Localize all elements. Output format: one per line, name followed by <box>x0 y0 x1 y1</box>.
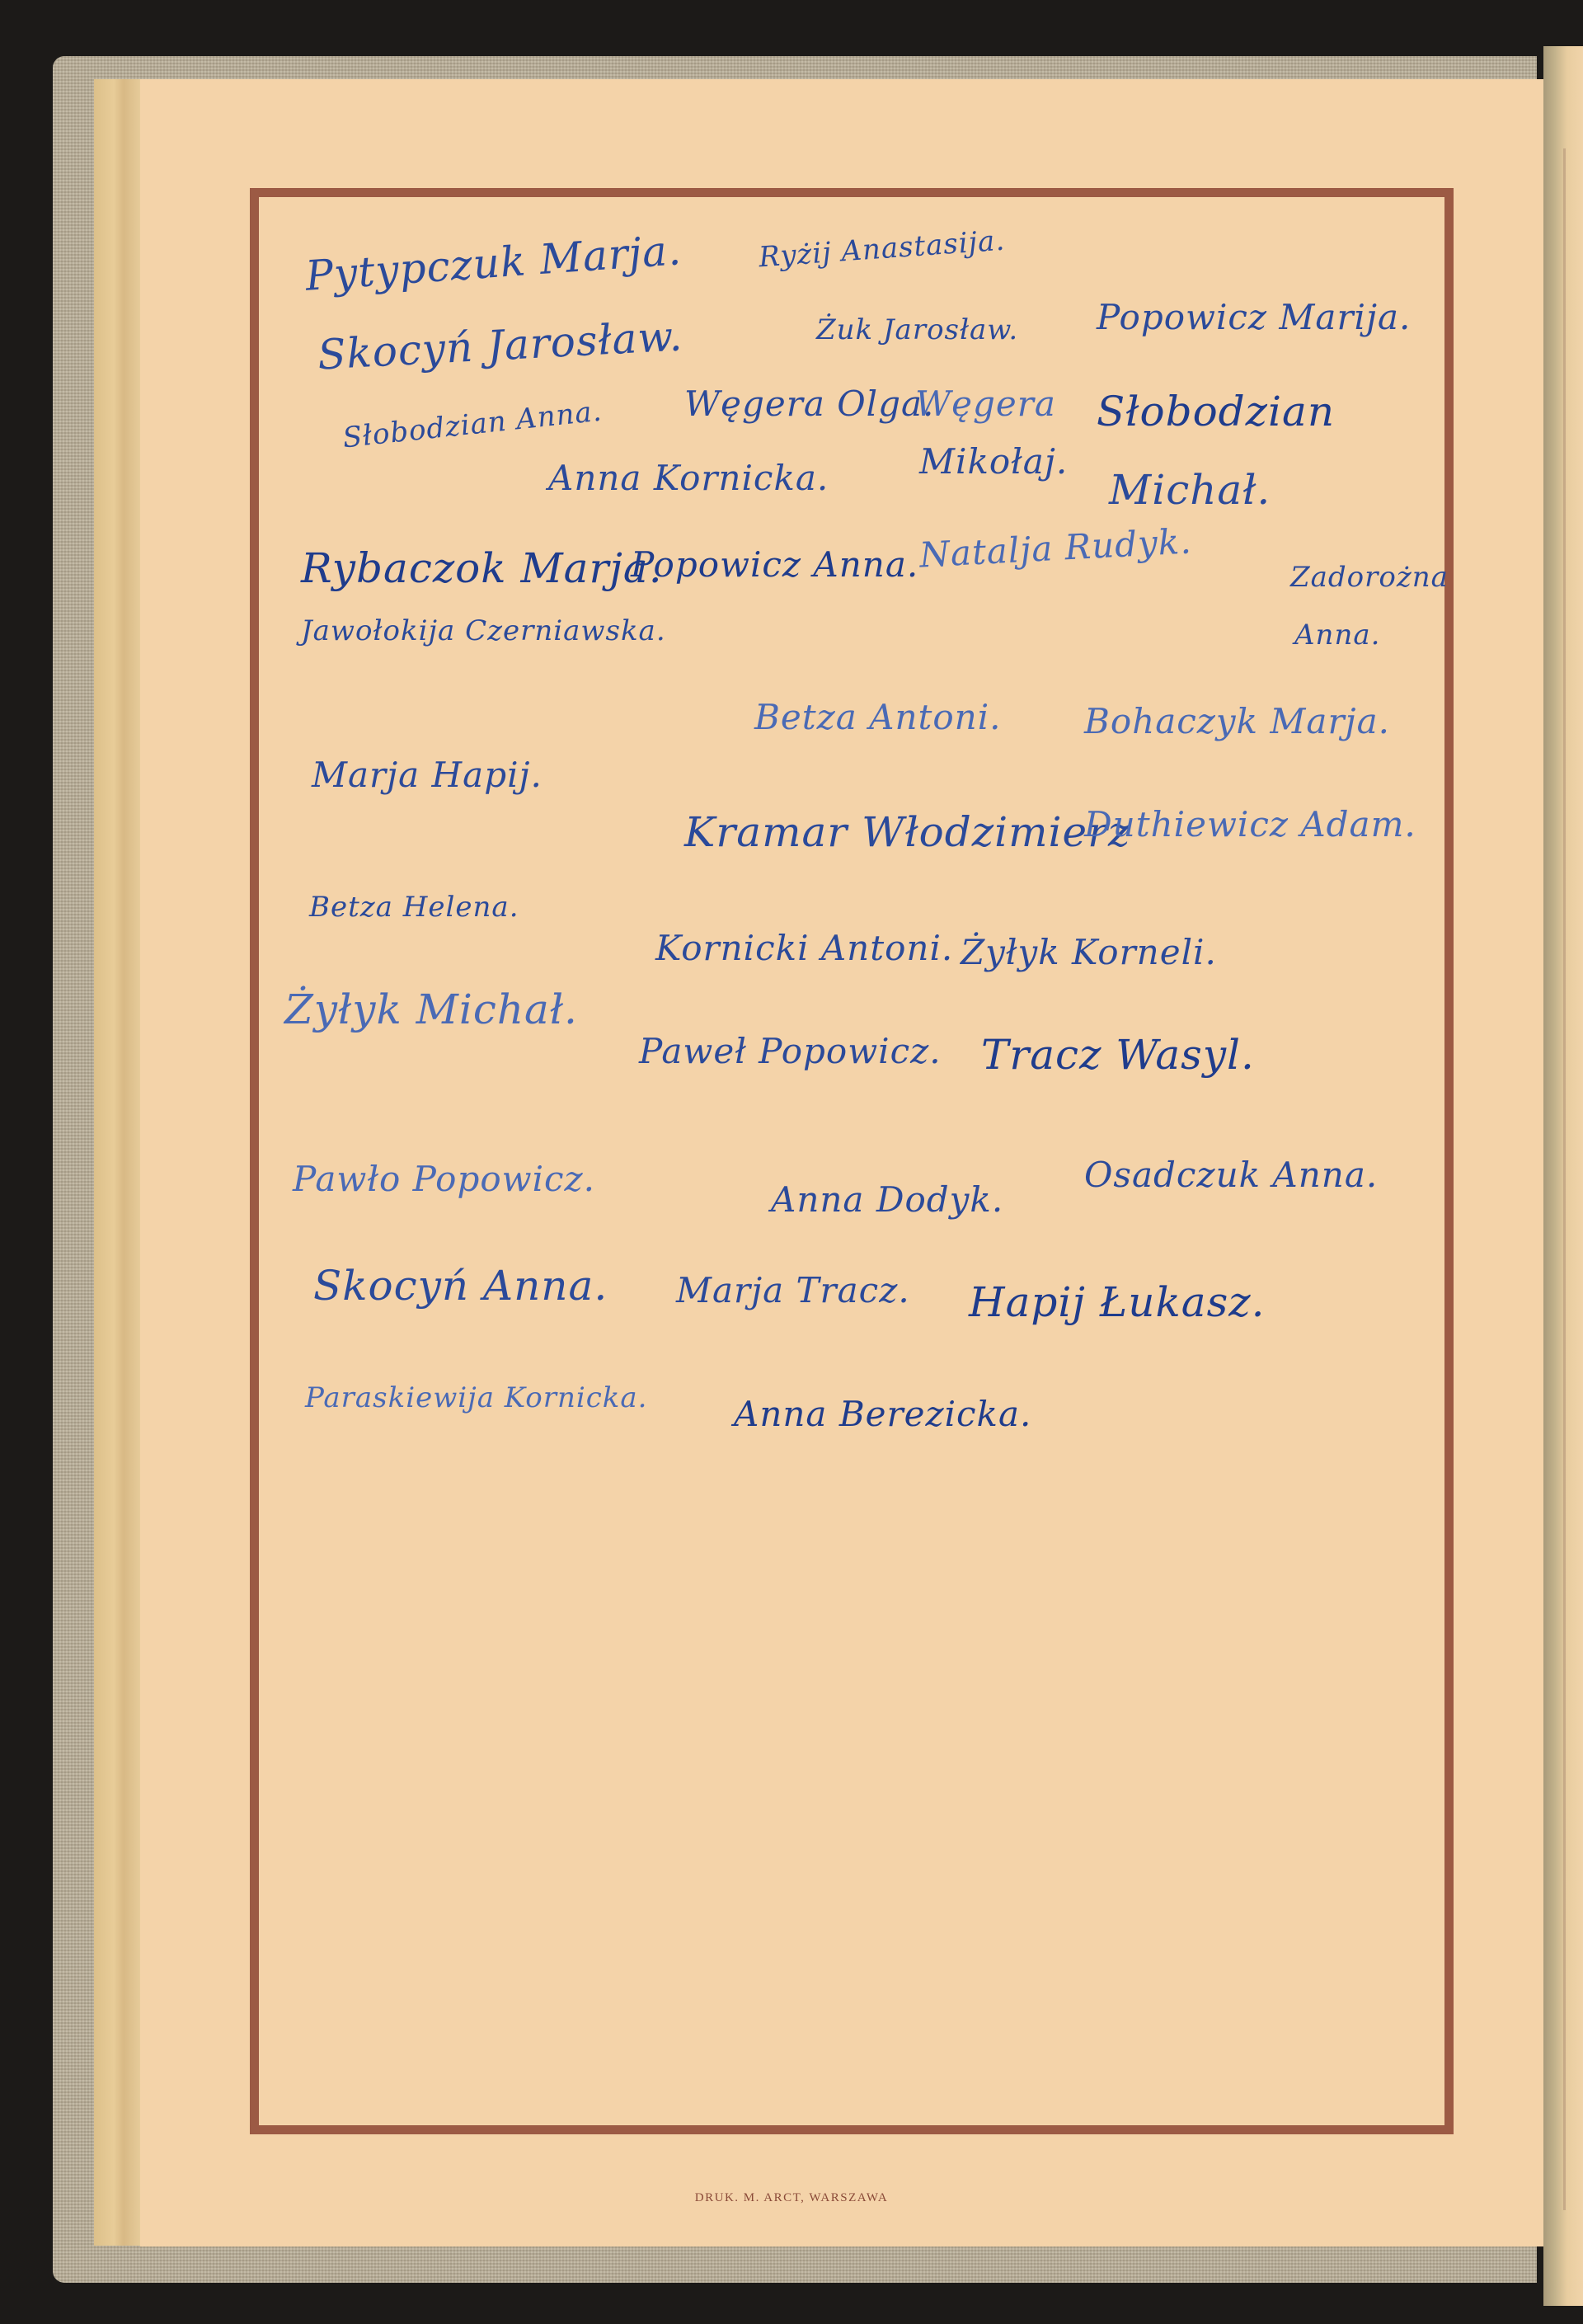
signature: Marja Tracz. <box>676 1270 910 1310</box>
signature: Osadczuk Anna. <box>1084 1155 1378 1195</box>
signature: Skocyń Anna. <box>313 1262 608 1310</box>
signature: Zadorożna <box>1290 561 1449 594</box>
signature: Mikołaj. <box>919 441 1068 482</box>
signature: Paweł Popowicz. <box>639 1031 942 1071</box>
signature: Jawołokija Czerniawska. <box>301 614 666 647</box>
signature: Duthiewicz Adam. <box>1084 804 1416 844</box>
signature: Marja Hapij. <box>312 755 543 795</box>
signature: Rybaczok Marja. <box>301 544 663 592</box>
signature: Michał. <box>1109 466 1271 514</box>
signature: Węgera <box>915 383 1056 424</box>
signature: Tracz Wasyl. <box>981 1031 1255 1079</box>
printer-imprint: DRUK. M. ARCT, WARSZAWA <box>0 2191 1583 2205</box>
signature: Anna Kornicka. <box>548 458 829 498</box>
signature: Żuk Jarosław. <box>816 313 1018 346</box>
signature: Popowicz Anna. <box>631 544 918 585</box>
signature: Betza Antoni. <box>754 697 1002 737</box>
signature: Hapij Łukasz. <box>969 1278 1265 1326</box>
page-edges <box>94 79 143 2246</box>
signature: Paraskiewija Kornicka. <box>305 1381 648 1414</box>
facing-page-ornament <box>1563 148 1583 2210</box>
signature: Pawło Popowicz. <box>293 1159 595 1199</box>
signature: Bohaczyk Marja. <box>1084 701 1390 741</box>
signature: Słobodzian <box>1097 388 1335 435</box>
signature: Węgera Olga. <box>684 383 934 424</box>
signature: Anna. <box>1294 619 1380 652</box>
signature: Żyłyk Michał. <box>284 986 578 1033</box>
signature: Kornicki Antoni. <box>655 928 953 968</box>
signature: Kramar Włodzimierz <box>684 808 1130 856</box>
signature: Anna Berezicka. <box>734 1394 1031 1434</box>
signature: Anna Dodyk. <box>771 1179 1003 1220</box>
signature: Betza Helena. <box>309 891 519 924</box>
signature: Popowicz Marija. <box>1097 297 1411 337</box>
signature: Żyłyk Korneli. <box>961 932 1217 972</box>
